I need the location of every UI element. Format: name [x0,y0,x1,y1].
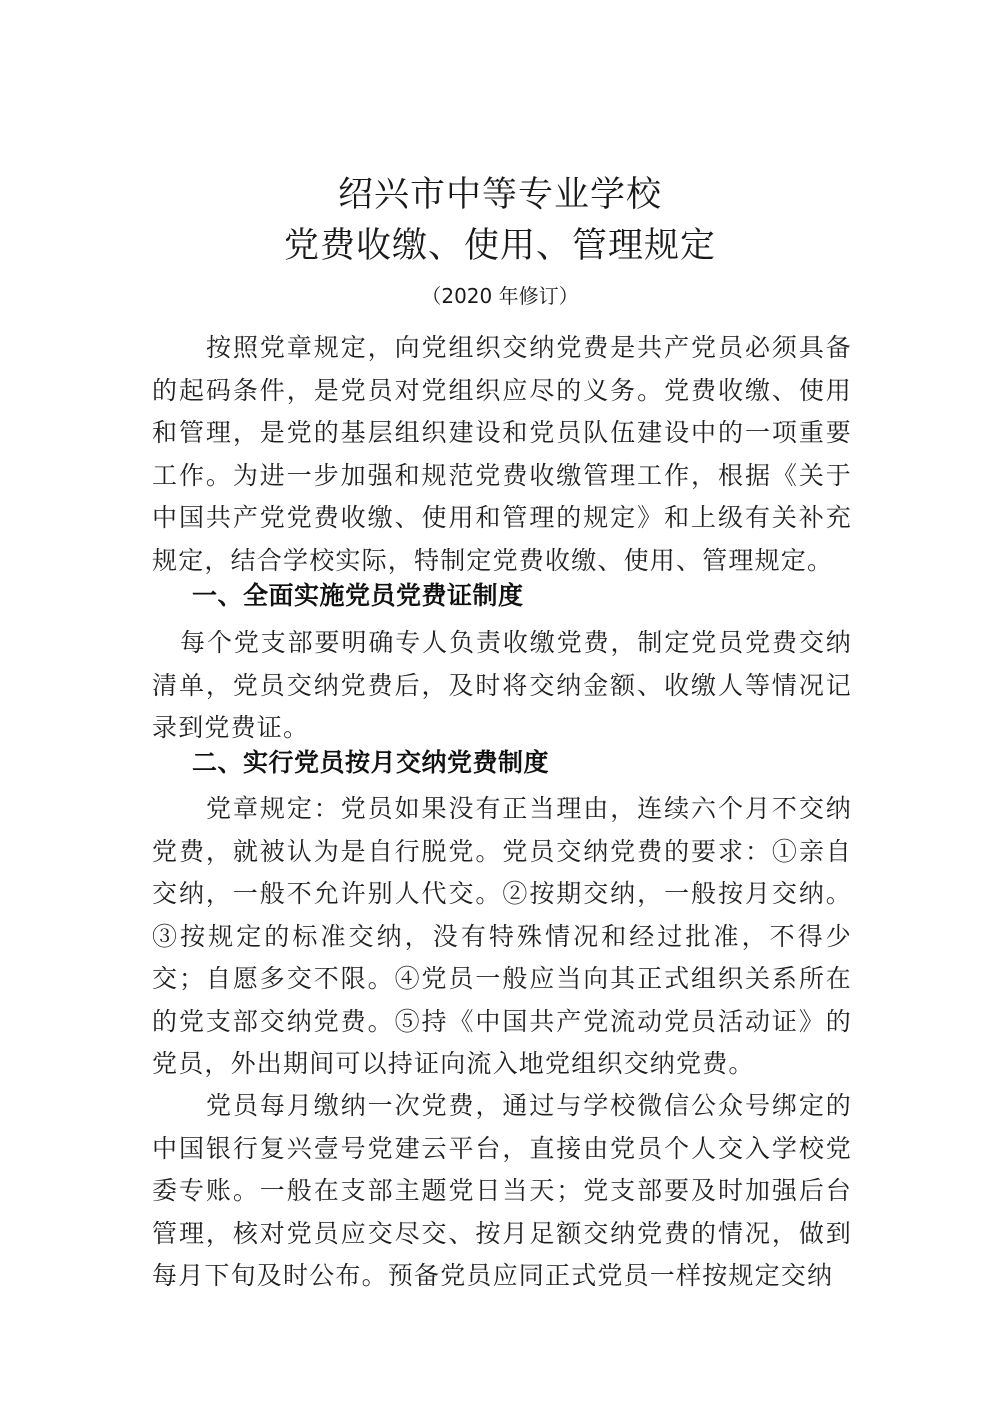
section-2-paragraph-1: 党章规定：党员如果没有正当理由，连续六个月不交纳党费，就被认为是自行脱党。党员交… [152,788,852,1086]
intro-paragraph: 按照党章规定，向党组织交纳党费是共产党员必须具备的起码条件，是党员对党组织应尽的… [152,327,852,582]
document-page: 绍兴市中等专业学校 党费收缴、使用、管理规定 （2020 年修订） 按照党章规定… [0,0,1000,1414]
section-heading-1: 一、全面实施党员党费证制度 [192,579,524,613]
section-2-paragraph-2: 党员每月缴纳一次党费，通过与学校微信公众号绑定的中国银行复兴壹号党建云平台，直接… [152,1085,852,1298]
section-1-paragraph-1: 每个党支部要明确专人负责收缴党费，制定党员党费交纳清单，党员交纳党费后，及时将交… [152,622,852,750]
document-title-school: 绍兴市中等专业学校 [0,175,1000,215]
section-heading-2: 二、实行党员按月交纳党费制度 [192,746,549,780]
document-title-regulation: 党费收缴、使用、管理规定 [0,226,1000,266]
document-revision-note: （2020 年修订） [0,284,1000,308]
